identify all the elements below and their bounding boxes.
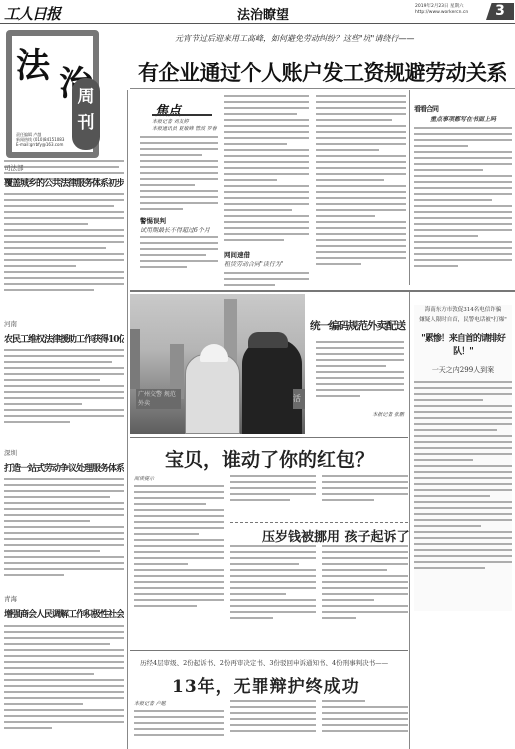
editor-info: 责任编辑 卢越 新闻热线 (010)84151083 E-mail:grrbfy… [16, 132, 64, 147]
bottom-column-1 [134, 710, 224, 749]
newspaper-logo: 工人日报 [4, 3, 60, 24]
divider [130, 437, 408, 438]
left-story-4: 青海 增强商会人民调解工作积极性社会能力 [4, 594, 124, 749]
section-title: 法治瞭望 [237, 4, 289, 23]
bottom-kicker: 历经4层审级、2份起诉书、2份再审决定书、3份驳回申诉通知书、4份刑事判决书—— [140, 658, 408, 667]
middle-column-2b [230, 545, 316, 645]
middle-headline[interactable]: 宝贝，谁动了你的红包？ [165, 445, 374, 472]
story-label: 司法部 [4, 163, 124, 172]
lead-headline: 有企业通过个人账户发工资规避劳动关系 [138, 57, 507, 87]
middle-column-1 [134, 485, 224, 645]
right-story-top: 看看合同 重点事项都写在书面上吗 [414, 104, 512, 297]
divider [130, 88, 515, 89]
dateline: 2019年2月23日 星期六 http://www.workercn.cn [415, 4, 480, 16]
lead-column-1b [140, 236, 218, 286]
middle-column-2 [230, 475, 316, 520]
bottom-headline[interactable]: 13年，无罪辩护终成功 [172, 672, 360, 697]
page-number: 3 [486, 3, 514, 20]
right-feature-box: 海南东方市敦促314名电信诈骗 嫌疑人限时自首，民警电话被"打爆" "累惨！来自… [414, 305, 512, 611]
lead-byline: 本报记者 刘友婷 本报通讯员 夏敏峰 管波 罗春 [152, 118, 232, 132]
news-photo: 广州交警 规范外卖 活 [130, 294, 305, 434]
divider [130, 650, 408, 651]
story-headline[interactable]: 农民工维权法律援助工作获得10亿元 [4, 332, 124, 345]
story-headline[interactable]: 打造一站式劳动争议处理服务体系 [4, 461, 124, 474]
middle-subheadline[interactable]: 压岁钱被挪用 孩子起诉了 [262, 526, 410, 545]
middle-column-3 [322, 475, 408, 520]
middle-column-3b [322, 545, 408, 645]
column-divider [409, 90, 410, 285]
bottom-column-3 [322, 700, 408, 749]
left-story-3: 深圳 打造一站式劳动争议处理服务体系 [4, 448, 124, 596]
left-story-1: 司法部 覆盖城乡的公共法律服务体系初步形成 [4, 163, 124, 301]
story-label: 看看合同 [414, 104, 512, 114]
bottom-column-2 [230, 700, 316, 749]
column-divider [127, 90, 128, 749]
focus-tag: 焦点 [155, 100, 181, 119]
middle-byline: 阅读提示 [134, 475, 154, 482]
story-headline[interactable]: "累惨！来自首的请排好队！" [414, 331, 512, 357]
brand-char-1: 法 [16, 38, 50, 87]
divider [130, 290, 515, 292]
story-headline[interactable]: 覆盖城乡的公共法律服务体系初步形成 [4, 176, 124, 189]
photo-banner: 广州交警 规范外卖 [136, 389, 181, 409]
lead-kicker: 元宵节过后迎来用工高峰，如何避免劳动纠纷？这些"坑"请绕行—— [175, 33, 414, 44]
column-divider [409, 292, 410, 749]
photo-story: 统一编码规范外卖配送 本报记者 张鹏 [310, 318, 410, 418]
lead-subhead-1: 警惕误判 试用期最长不得超过6个月 [140, 216, 218, 234]
story-headline[interactable]: 统一编码规范外卖配送 [310, 318, 410, 333]
story-headline[interactable]: 增强商会人民调解工作积极性社会能力 [4, 607, 124, 620]
photo-credit: 本报记者 张鹏 [310, 411, 410, 418]
lead-column-3 [316, 95, 406, 285]
bottom-byline: 本报记者 卢越 [134, 700, 166, 707]
left-story-2: 河南 农民工维权法律援助工作获得10亿元 [4, 319, 124, 435]
divider [230, 522, 408, 523]
weekly-badge: 周刊 [72, 78, 100, 150]
website-url: http://www.workercn.cn [415, 10, 480, 16]
focus-underline [152, 114, 212, 116]
masthead: 工人日报 法治瞭望 2019年2月23日 星期六 http://www.work… [0, 0, 515, 24]
story-headline[interactable]: 重点事项都写在书面上吗 [414, 114, 512, 123]
